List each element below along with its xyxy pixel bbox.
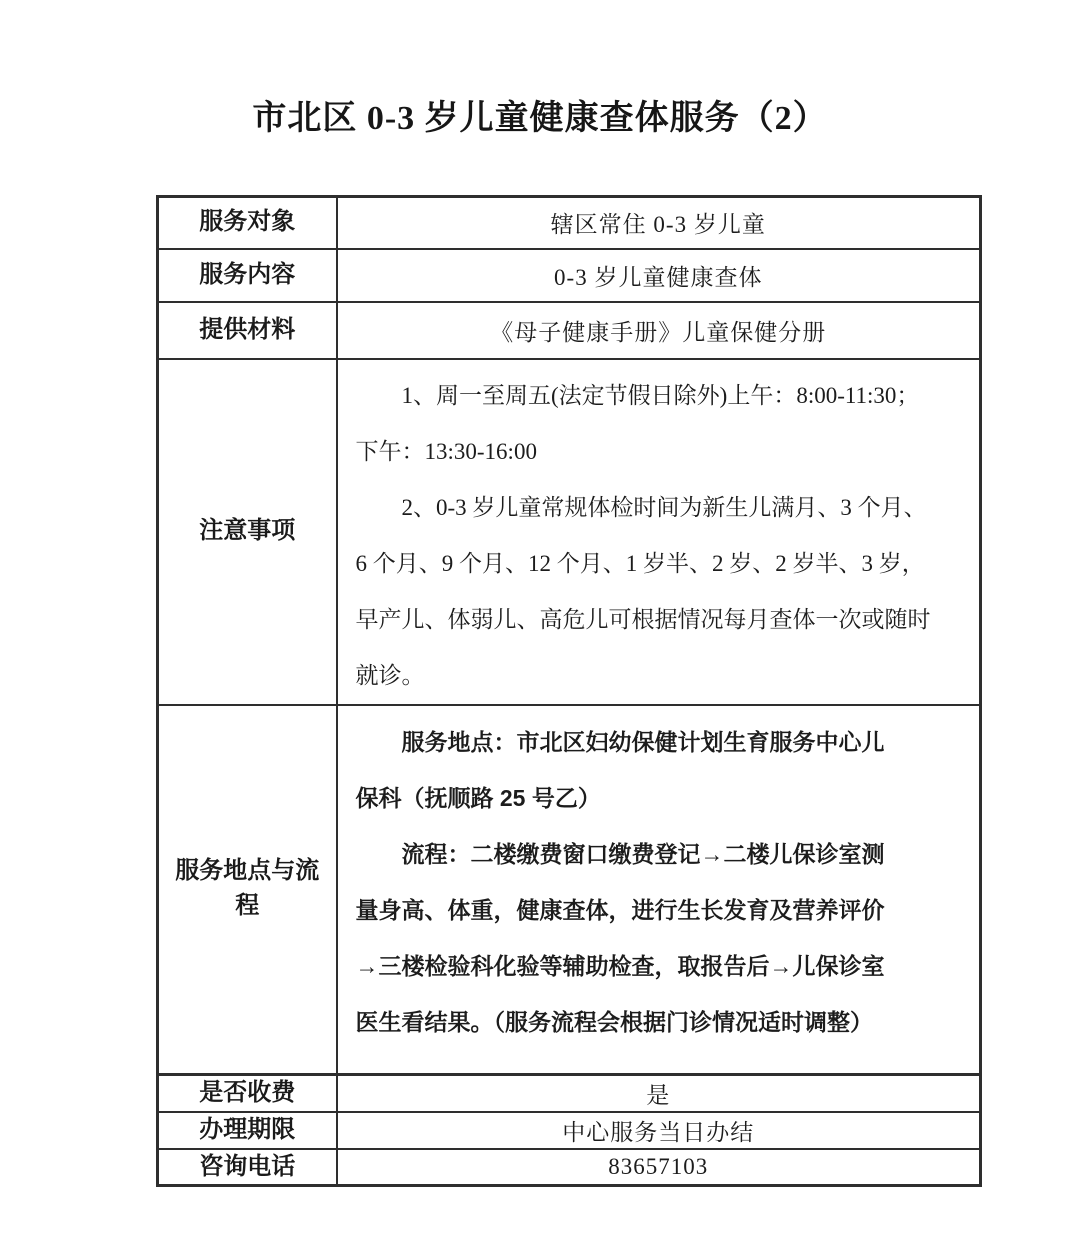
text-line: 服务地点：市北区妇幼保健计划生育服务中心儿 xyxy=(356,714,964,770)
row-label: 服务地点与流程 xyxy=(158,705,337,1075)
row-value: 1、周一至周五(法定节假日除外)上午：8:00-11:30； 下午：13:30-… xyxy=(337,359,981,705)
table-row-phone: 咨询电话 83657103 xyxy=(158,1149,981,1186)
text-line: 流程：二楼缴费窗口缴费登记→二楼儿保诊室测 xyxy=(356,826,964,882)
row-label: 办理期限 xyxy=(158,1112,337,1149)
row-label: 注意事项 xyxy=(158,359,337,705)
text-line: 早产儿、体弱儿、高危儿可根据情况每月查体一次或随时 xyxy=(356,592,964,648)
row-value: 0-3 岁儿童健康查体 xyxy=(337,249,981,302)
row-value: 中心服务当日办结 xyxy=(337,1112,981,1149)
text-line: 2、0-3 岁儿童常规体检时间为新生儿满月、3 个月、 xyxy=(356,480,964,536)
row-label: 是否收费 xyxy=(158,1075,337,1112)
row-value: 83657103 xyxy=(337,1149,981,1186)
row-label: 服务对象 xyxy=(158,197,337,249)
text-line: 量身高、体重，健康查体，进行生长发育及营养评价 xyxy=(356,882,964,938)
text-line: →三楼检验科化验等辅助检查，取报告后→儿保诊室 xyxy=(356,938,964,994)
table-row-fee: 是否收费 是 xyxy=(158,1075,981,1112)
text-line: 就诊。 xyxy=(356,648,964,704)
table-row-service-target: 服务对象 辖区常住 0-3 岁儿童 xyxy=(158,197,981,249)
table-row-service-content: 服务内容 0-3 岁儿童健康查体 xyxy=(158,249,981,302)
row-value: 《母子健康手册》儿童保健分册 xyxy=(337,302,981,359)
service-info-table: 服务对象 辖区常住 0-3 岁儿童 服务内容 0-3 岁儿童健康查体 提供材料 … xyxy=(156,195,982,1187)
text-line: 下午：13:30-16:00 xyxy=(356,424,964,480)
text-line: 保科（抚顺路 25 号乙） xyxy=(356,770,964,826)
table-row-location-process: 服务地点与流程 服务地点：市北区妇幼保健计划生育服务中心儿 保科（抚顺路 25 … xyxy=(158,705,981,1075)
table-row-materials: 提供材料 《母子健康手册》儿童保健分册 xyxy=(158,302,981,359)
table-row-notes: 注意事项 1、周一至周五(法定节假日除外)上午：8:00-11:30； 下午：1… xyxy=(158,359,981,705)
text-line: 1、周一至周五(法定节假日除外)上午：8:00-11:30； xyxy=(356,368,964,424)
row-label: 咨询电话 xyxy=(158,1149,337,1186)
page-title: 市北区 0-3 岁儿童健康查体服务（2） xyxy=(0,90,1080,139)
text-line: 6 个月、9 个月、12 个月、1 岁半、2 岁、2 岁半、3 岁， xyxy=(356,536,964,592)
row-value: 服务地点：市北区妇幼保健计划生育服务中心儿 保科（抚顺路 25 号乙） 流程：二… xyxy=(337,705,981,1075)
row-label: 服务内容 xyxy=(158,249,337,302)
row-value: 是 xyxy=(337,1075,981,1112)
row-label: 提供材料 xyxy=(158,302,337,359)
text-line: 医生看结果。（服务流程会根据门诊情况适时调整） xyxy=(356,994,964,1050)
row-value: 辖区常住 0-3 岁儿童 xyxy=(337,197,981,249)
table-row-deadline: 办理期限 中心服务当日办结 xyxy=(158,1112,981,1149)
